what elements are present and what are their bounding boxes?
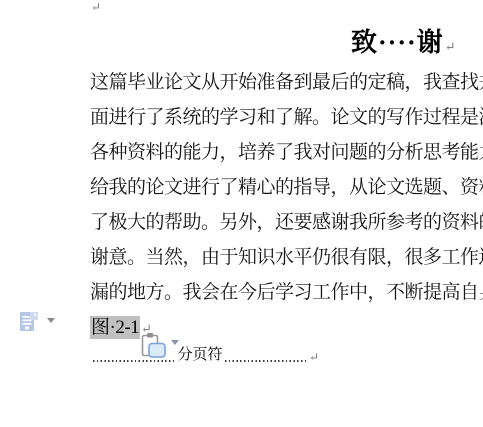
title-text: 致····谢 — [351, 28, 444, 57]
selected-text[interactable]: 图·2-1 — [90, 316, 140, 339]
body-line[interactable]: 了极大的帮助。另外，还要感谢我所参考的资料的 — [90, 205, 483, 240]
chevron-down-icon[interactable] — [171, 340, 179, 345]
paragraph-mark: ↵ — [91, 0, 101, 15]
document-title[interactable]: 致····谢↵ — [351, 22, 456, 59]
body-line[interactable]: 各种资料的能力，培养了我对问题的分析思考能力 — [90, 135, 483, 170]
body-line[interactable]: 给我的论文进行了精心的指导，从论文选题、资料 — [90, 170, 483, 205]
chevron-down-icon[interactable] — [47, 318, 55, 323]
word-document-page: ↵ 致····谢↵ 这篇毕业论文从开始准备到最后的定稿，我查找并 面进行了系统的… — [0, 0, 483, 427]
paragraph-mark: ↵ — [309, 351, 319, 363]
body-line[interactable]: 面进行了系统的学习和了解。论文的写作过程是漫 — [90, 100, 483, 135]
body-line[interactable]: 谢意。当然，由于知识水平仍很有限，很多工作还 — [90, 240, 483, 275]
margin-paste-options-button[interactable] — [17, 309, 77, 335]
body-line[interactable]: 这篇毕业论文从开始准备到最后的定稿，我查找并 — [90, 65, 483, 100]
paste-options-floatie[interactable] — [138, 332, 184, 364]
body-line[interactable]: 漏的地方。我会在今后学习工作中，不断提高自身 — [90, 275, 483, 310]
page-break-marker: 分页符 ↵ — [93, 346, 319, 363]
paragraph-mark: ↵ — [445, 39, 456, 54]
page-break-dotted-line — [225, 360, 306, 362]
body-paragraph: 这篇毕业论文从开始准备到最后的定稿，我查找并 面进行了系统的学习和了解。论文的写… — [90, 65, 483, 310]
